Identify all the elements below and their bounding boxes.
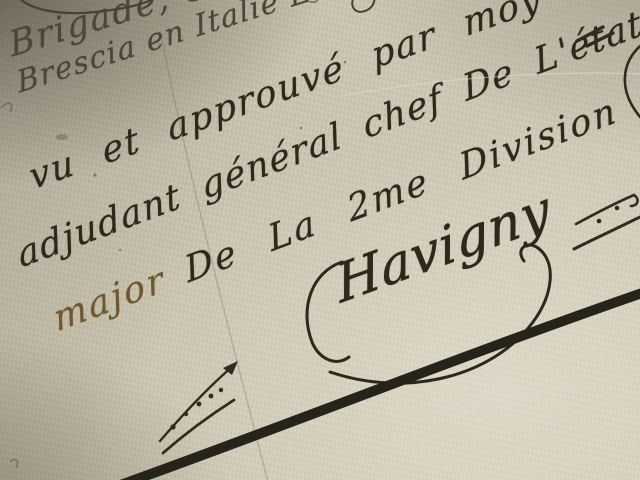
top-loop-flourish-icon xyxy=(352,0,374,12)
paraph-mark-bottom-icon xyxy=(160,361,238,453)
pencil-mark-bottom-left xyxy=(10,460,17,468)
border-rule-line xyxy=(112,292,640,480)
paraph-mark-right-icon xyxy=(574,195,640,249)
manuscript-photo: Brigade, Cen Brescia en Italie Le vu et … xyxy=(0,0,640,480)
approval-line-3-word-major: major xyxy=(50,259,170,341)
right-edge-flourish-icon xyxy=(625,42,640,118)
pencil-mark-left-edge xyxy=(1,103,12,112)
